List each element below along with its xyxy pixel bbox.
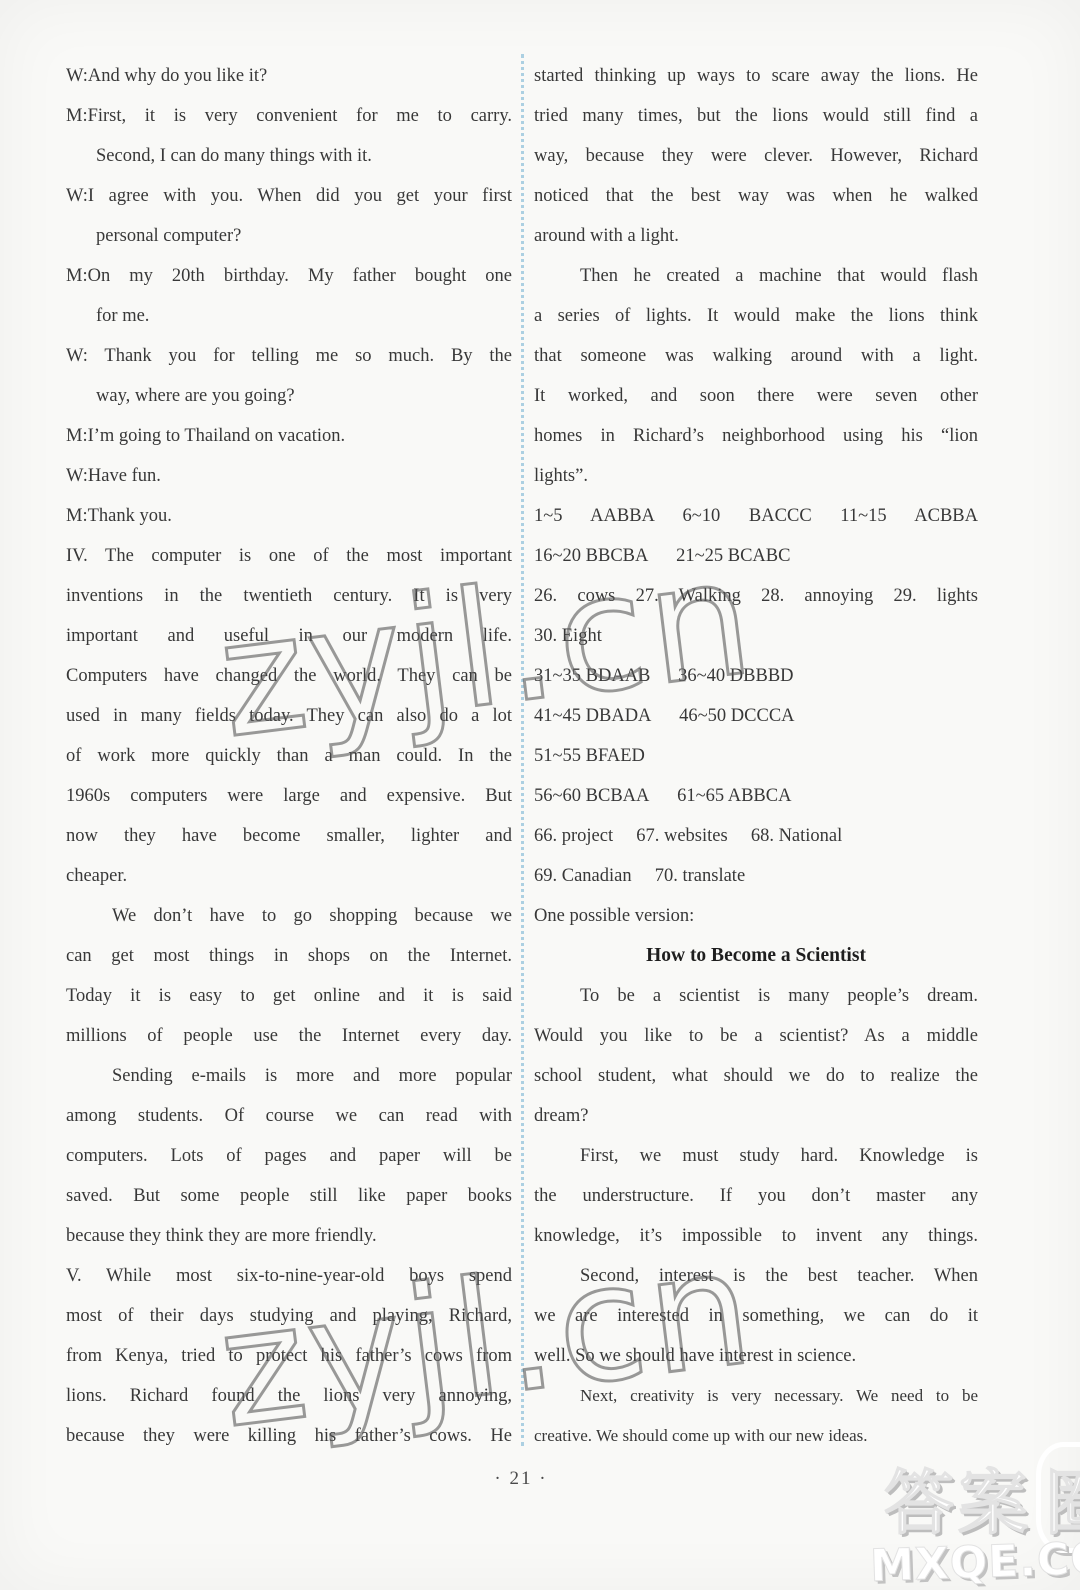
text-line: 66. project 67. websites 68. National [534,816,978,856]
text-line: Would you like to be a scientist? As a m… [534,1016,978,1056]
text-line: 1960s computers were large and expensive… [66,776,512,816]
text-line: we are interested in something, we can d… [534,1296,978,1336]
text-line: way, where are you going? [66,376,512,416]
text-line: computers. Lots of pages and paper will … [66,1136,512,1176]
text-line: Then he created a machine that would fla… [534,256,978,296]
text-line: important and useful in our modern life. [66,616,512,656]
text-line: inventions in the twentieth century. It … [66,576,512,616]
text-line: personal computer? [66,216,512,256]
text-line: lights”. [534,456,978,496]
text-line: 30. Eight [534,616,978,656]
answer-brand-cn-text: 答案 [884,1462,1032,1544]
text-line: tried many times, but the lions would st… [534,96,978,136]
text-line: We don’t have to go shopping because we [66,896,512,936]
text-line: W:And why do you like it? [66,56,512,96]
text-line: 41~45 DBADA 46~50 DCCCA [534,696,978,736]
text-line: 1~5 AABBA 6~10 BACCC 11~15 ACBBA [534,496,978,536]
text-line: of work more quickly than a man could. I… [66,736,512,776]
text-line: W:I agree with you. When did you get you… [66,176,512,216]
text-line: Next, creativity is very necessary. We n… [534,1376,978,1416]
text-line: the understructure. If you don’t master … [534,1176,978,1216]
text-line: M:I’m going to Thailand on vacation. [66,416,512,456]
text-line: 26. cows 27. Walking 28. annoying 29. li… [534,576,978,616]
text-line: V. While most six-to-nine-year-old boys … [66,1256,512,1296]
text-line: cheaper. [66,856,512,896]
text-line: creative. We should come up with our new… [534,1416,978,1456]
answer-brand-domain: MXQE.COM [869,1531,1080,1590]
text-line: started thinking up ways to scare away t… [534,56,978,96]
text-line: First, we must study hard. Knowledge is [534,1136,978,1176]
text-line: now they have become smaller, lighter an… [66,816,512,856]
page-number: · 21 · [441,1468,601,1490]
column-divider [521,54,524,1446]
right-column: started thinking up ways to scare away t… [534,56,978,1456]
text-line: Today it is easy to get online and it is… [66,976,512,1016]
text-line: knowledge, it’s impossible to invent any… [534,1216,978,1256]
text-line: homes in Richard’s neighborhood using hi… [534,416,978,456]
text-line: school student, what should we do to rea… [534,1056,978,1096]
text-line: How to Become a Scientist [534,936,978,976]
text-line: M:First, it is very convenient for me to… [66,96,512,136]
text-line: Computers have changed the world. They c… [66,656,512,696]
text-line: well. So we should have interest in scie… [534,1336,978,1376]
text-line: because they think they are more friendl… [66,1216,512,1256]
text-line: IV. The computer is one of the most impo… [66,536,512,576]
scanned-page: W:And why do you like it?M:First, it is … [0,0,1080,1590]
text-line: 56~60 BCBAA 61~65 ABBCA [534,776,978,816]
text-line: millions of people use the Internet ever… [66,1016,512,1056]
text-line: for me. [66,296,512,336]
text-line: M:Thank you. [66,496,512,536]
text-line: saved. But some people still like paper … [66,1176,512,1216]
text-line: 51~55 BFAED [534,736,978,776]
text-line: noticed that the best way was when he wa… [534,176,978,216]
text-line: 69. Canadian 70. translate [534,856,978,896]
text-line: Second, I can do many things with it. [66,136,512,176]
text-line: around with a light. [534,216,978,256]
text-line: W:Have fun. [66,456,512,496]
text-line: To be a scientist is many people’s dream… [534,976,978,1016]
text-line: used in many fields today. They can also… [66,696,512,736]
text-line: a series of lights. It would make the li… [534,296,978,336]
text-line: because they were killing his father’s c… [66,1416,512,1456]
text-line: dream? [534,1096,978,1136]
text-line: It worked, and soon there were seven oth… [534,376,978,416]
left-column: W:And why do you like it?M:First, it is … [66,56,512,1456]
text-line: W: Thank you for telling me so much. By … [66,336,512,376]
answer-brand-watermark: 答案圈 [884,1442,1080,1553]
text-line: One possible version: [534,896,978,936]
text-line: 31~35 BDAAB 36~40 DBBBD [534,656,978,696]
text-line: among students. Of course we can read wi… [66,1096,512,1136]
text-line: most of their days studying and playing,… [66,1296,512,1336]
text-line: M:On my 20th birthday. My father bought … [66,256,512,296]
text-line: way, because they were clever. However, … [534,136,978,176]
text-line: Second, interest is the best teacher. Wh… [534,1256,978,1296]
text-line: that someone was walking around with a l… [534,336,978,376]
answer-brand-circle-icon: 圈 [1036,1442,1080,1553]
text-line: can get most things in shops on the Inte… [66,936,512,976]
text-line: lions. Richard found the lions very anno… [66,1376,512,1416]
text-line: from Kenya, tried to protect his father’… [66,1336,512,1376]
text-line: Sending e-mails is more and more popular [66,1056,512,1096]
text-line: 16~20 BBCBA 21~25 BCABC [534,536,978,576]
